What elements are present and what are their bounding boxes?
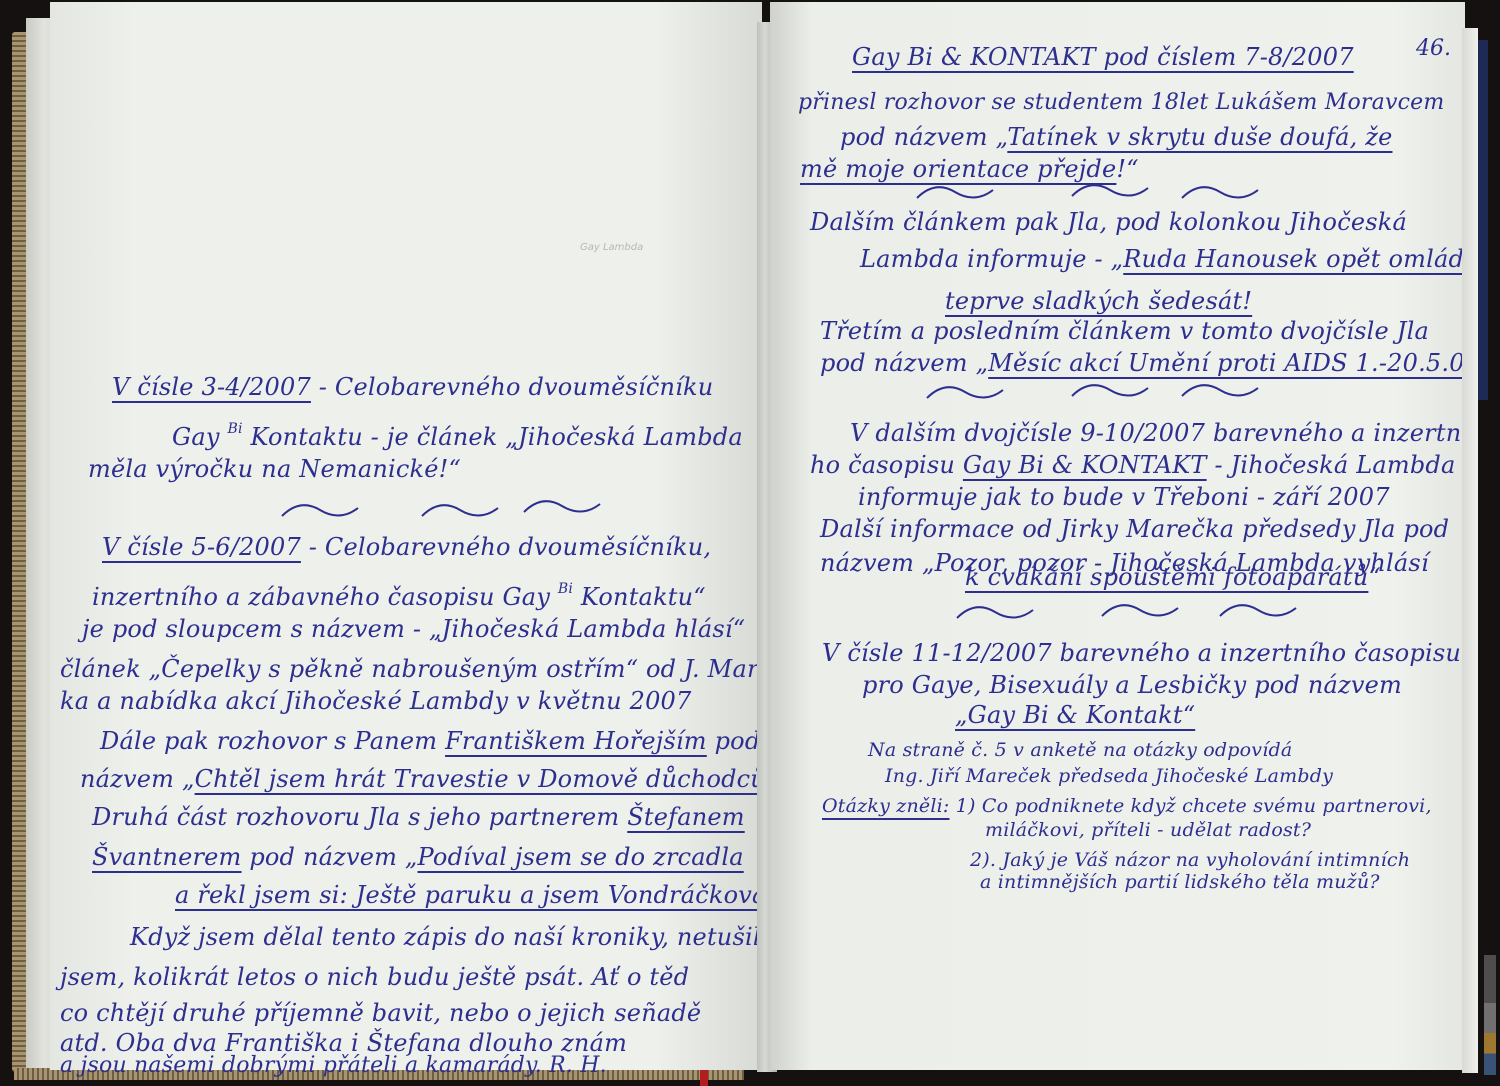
entry-line: Lambda informuje - „Ruda Hanousek opět o…: [860, 244, 1488, 274]
issue-ref: V čísle 3-4/2007: [112, 373, 311, 401]
line-text: Dalším článkem pak Jla, pod kolonkou Jih…: [810, 208, 1407, 236]
right-page: 46. Gay Bi & KONTAKT pod číslem 7-8/2007…: [770, 2, 1465, 1070]
line-text: pod názvem „: [820, 349, 988, 377]
blue-cover-edge: [1478, 40, 1488, 400]
entry-line: co chtějí druhé příjemně bavit, nebo o j…: [60, 998, 701, 1028]
line-text: článek „Čepelky s pěkně nabroušeným ostř…: [60, 655, 795, 683]
entry-line: pod názvem „Tatínek v skrytu duše doufá,…: [840, 122, 1393, 152]
line-text: měla výročku na Nemanické!“: [88, 455, 461, 483]
entry-line: Otázky zněli: 1) Co podniknete když chce…: [822, 794, 1432, 818]
entry-line: Gay Bi Kontaktu - je článek „Jihočeská L…: [172, 414, 743, 452]
line-text: pro Gaye, Bisexuály a Lesbičky pod názve…: [862, 671, 1402, 699]
line-text: Kontaktu - je článek „Jihočeská Lambda: [243, 423, 743, 451]
red-bookmark-ribbon: [700, 1070, 708, 1086]
line-text: Druhá část rozhovoru Jla s jeho partnere…: [92, 803, 627, 831]
entry-line: miláčkovi, příteli - udělat radost?: [985, 818, 1311, 842]
squiggle-divider-icon: [955, 602, 1035, 622]
entry-line: a jsou našemi dobrými přáteli a kamarády…: [60, 1054, 607, 1078]
line-text: Další informace od Jirky Marečka předsed…: [820, 515, 1449, 543]
article-title: teprve sladkých šedesát!: [945, 287, 1252, 315]
article-title: Tatínek v skrytu duše doufá, že: [1007, 123, 1392, 151]
entry-line: a řekl jsem si: Ještě paruku a jsem Vond…: [175, 880, 779, 910]
line-text: miláčkovi, příteli - udělat radost?: [985, 819, 1311, 841]
right-page-stack: [1462, 28, 1478, 1073]
entry-line: ho časopisu Gay Bi & KONTAKT - Jihočeská…: [810, 450, 1456, 480]
line-text: Gay: [172, 423, 227, 451]
line-text: Třetím a posledním článkem v tomto dvojč…: [820, 317, 1429, 345]
squiggle-divider-icon: [522, 496, 602, 516]
entry-line: V čísle 5-6/2007 - Celobarevného dvouměs…: [102, 532, 711, 562]
entry-line: pro Gaye, Bisexuály a Lesbičky pod názve…: [862, 670, 1402, 700]
line-text: Dále pak rozhovor s Panem: [100, 727, 445, 755]
entry-line: Na straně č. 5 v anketě na otázky odpoví…: [868, 738, 1292, 762]
entry-line: V dalším dvojčísle 9-10/2007 barevného a…: [850, 418, 1478, 448]
entry-line: teprve sladkých šedesát!: [945, 286, 1252, 316]
entry-line: přinesl rozhovor se studentem 18let Luká…: [798, 88, 1444, 118]
line-text: přinesl rozhovor se studentem 18let Luká…: [798, 90, 1444, 115]
squiggle-divider-icon: [1070, 380, 1150, 400]
line-text: informuje jak to bude v Třeboni - září 2…: [858, 483, 1390, 511]
entry-line: Švantnerem pod názvem „Podíval jsem se d…: [92, 842, 744, 872]
squiggle-divider-icon: [1070, 180, 1150, 200]
line-text: pod názvem „: [840, 123, 1007, 151]
entry-line: k cvakání spouštěmi fotoaparátů“: [965, 562, 1381, 592]
line-text: a intimnějších partií lidského těla mužů…: [980, 871, 1380, 893]
person-name: Štefanem: [627, 803, 745, 831]
line-text: pod: [707, 727, 761, 755]
article-title: Měsíc akcí Umění proti AIDS 1.-20.5.07: [988, 349, 1480, 377]
entry-line: článek „Čepelky s pěkně nabroušeným ostř…: [60, 654, 795, 684]
squiggle-divider-icon: [280, 500, 360, 520]
entry-line: Gay Bi & KONTAKT pod číslem 7-8/2007: [852, 42, 1354, 72]
person-name: Švantnerem: [92, 843, 242, 871]
line-text: inzertního a zábavného časopisu Gay: [92, 583, 558, 611]
photo-watermark: [1484, 955, 1496, 1075]
questions-label: Otázky zněli:: [822, 795, 949, 817]
line-text: a jsou našemi dobrými přáteli a kamarády…: [60, 1053, 607, 1078]
line-text: - Jihočeská Lambda: [1207, 451, 1456, 479]
squiggle-divider-icon: [925, 382, 1005, 402]
line-text: V čísle 11-12/2007 barevného a inzertníh…: [822, 639, 1461, 667]
line-text: jsem, kolikrát letos o nich budu ještě p…: [60, 963, 689, 991]
entry-line: 2). Jaký je Váš názor na vyholování inti…: [970, 848, 1410, 872]
line-text: “: [1368, 563, 1380, 591]
entry-line: Dalším článkem pak Jla, pod kolonkou Jih…: [810, 207, 1407, 237]
line-text: 1) Co podniknete když chcete svému partn…: [949, 795, 1431, 817]
entry-line: inzertního a zábavného časopisu Gay Bi K…: [92, 574, 706, 612]
entry-line: Třetím a posledním článkem v tomto dvojč…: [820, 316, 1429, 346]
entry-line: V čísle 3-4/2007 - Celobarevného dvouměs…: [112, 372, 713, 402]
entry-line: a intimnějších partií lidského těla mužů…: [980, 870, 1380, 894]
line-text: 2). Jaký je Váš názor na vyholování inti…: [970, 849, 1410, 871]
line-text: Když jsem dělal tento zápis do naší kron…: [130, 923, 761, 951]
superscript: Bi: [227, 421, 242, 437]
line-text: !“: [1116, 155, 1138, 183]
entry-line: Dále pak rozhovor s Panem Františkem Hoř…: [100, 726, 760, 756]
article-title: Podíval jsem se do zrcadla: [418, 843, 744, 871]
left-page: Gay Lambda V čísle 3-4/2007 - Celobarevn…: [50, 2, 762, 1070]
entry-line: Když jsem dělal tento zápis do naší kron…: [130, 922, 761, 952]
article-title: k cvakání spouštěmi fotoaparátů: [965, 563, 1368, 591]
line-text: Ing. Jiří Mareček předseda Jihočeské Lam…: [885, 765, 1333, 787]
line-text: pod názvem „: [242, 843, 418, 871]
magazine-title: Gay Bi & KONTAKT: [963, 451, 1207, 479]
line-text: Na straně č. 5 v anketě na otázky odpoví…: [868, 739, 1292, 761]
line-text: Lambda informuje - „: [860, 245, 1123, 273]
line-text: názvem „: [80, 765, 195, 793]
entry-line: V čísle 11-12/2007 barevného a inzertníh…: [822, 638, 1461, 668]
squiggle-divider-icon: [915, 182, 995, 202]
magazine-title: Gay Bi & KONTAKT pod číslem 7-8/2007: [852, 43, 1354, 71]
line-text: je pod sloupcem s názvem - „Jihočeská La…: [82, 615, 745, 643]
line-text: co chtějí druhé příjemně bavit, nebo o j…: [60, 999, 701, 1027]
line-text: ho časopisu: [810, 451, 963, 479]
article-title: Ruda Hanousek opět omládl -: [1123, 245, 1488, 273]
magazine-title: „Gay Bi & Kontakt“: [955, 701, 1195, 729]
entry-line: pod názvem „Měsíc akcí Umění proti AIDS …: [820, 348, 1480, 378]
entry-line: jsem, kolikrát letos o nich budu ještě p…: [60, 962, 689, 992]
line-text: V dalším dvojčísle 9-10/2007 barevného a…: [850, 419, 1478, 447]
squiggle-divider-icon: [1180, 182, 1260, 202]
line-text: - Celobarevného dvouměsíčníku,: [301, 533, 711, 561]
page-number: 46.: [1416, 36, 1451, 61]
squiggle-divider-icon: [1180, 380, 1260, 400]
entry-line: Další informace od Jirky Marečka předsed…: [820, 514, 1449, 544]
entry-line: informuje jak to bude v Třeboni - září 2…: [858, 482, 1390, 512]
squiggle-divider-icon: [1218, 600, 1298, 620]
person-name: Františkem Hořejším: [445, 727, 707, 755]
superscript: Bi: [558, 581, 573, 597]
entry-line: Ing. Jiří Mareček předseda Jihočeské Lam…: [885, 764, 1333, 788]
line-text: - Celobarevného dvouměsíčníku: [311, 373, 714, 401]
entry-line: „Gay Bi & Kontakt“: [955, 700, 1195, 730]
article-title: mě moje orientace přejde: [800, 155, 1116, 183]
entry-line: měla výročku na Nemanické!“: [88, 454, 461, 484]
entry-line: je pod sloupcem s názvem - „Jihočeská La…: [82, 614, 745, 644]
line-text: ka a nabídka akcí Jihočeské Lambdy v kvě…: [60, 687, 691, 715]
article-title: Chtěl jsem hrát Travestie v Domově důcho…: [195, 765, 766, 793]
line-text: Kontaktu“: [573, 583, 706, 611]
squiggle-divider-icon: [1100, 600, 1180, 620]
pencil-note: Gay Lambda: [580, 242, 643, 253]
entry-line: Druhá část rozhovoru Jla s jeho partnere…: [92, 802, 745, 832]
issue-ref: V čísle 5-6/2007: [102, 533, 301, 561]
notebook-photo: Gay Lambda V čísle 3-4/2007 - Celobarevn…: [0, 0, 1500, 1086]
article-title: a řekl jsem si: Ještě paruku a jsem Vond…: [175, 881, 767, 909]
entry-line: ka a nabídka akcí Jihočeské Lambdy v kvě…: [60, 686, 691, 716]
entry-line: názvem „Chtěl jsem hrát Travestie v Domo…: [80, 764, 778, 794]
squiggle-divider-icon: [420, 500, 500, 520]
